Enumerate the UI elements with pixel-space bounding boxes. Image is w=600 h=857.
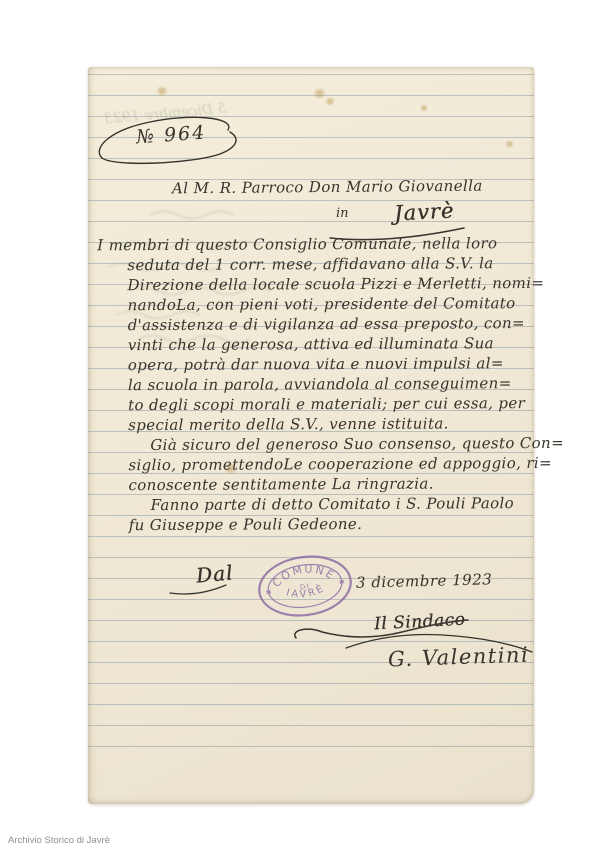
manuscript-line: special merito della S.V., venne istitui… <box>128 413 564 435</box>
age-spot <box>313 88 326 99</box>
manuscript-line: I membri di questo Consiglio Comunale, n… <box>127 233 563 255</box>
manuscript-line: conoscente sentitamente La ringrazia. <box>128 473 564 495</box>
age-spot <box>420 104 428 112</box>
manuscript-line: opera, potrà dar nuova vita e nuovi impu… <box>128 353 564 375</box>
manuscript-line: Già sicuro del generoso Suo consenso, qu… <box>128 433 564 455</box>
archive-watermark-label: Archivio Storico di Javrè <box>8 835 110 846</box>
manuscript-line: to degli scopi morali e materiali; per c… <box>128 393 564 415</box>
salutation-place: Javrè <box>393 198 454 225</box>
salutation-in: in <box>336 206 349 221</box>
manuscript-line: seduta del 1 corr. mese, affidavano alla… <box>127 253 563 275</box>
manuscript-line: nandoLa, con pieni voti, presidente del … <box>128 293 564 315</box>
signature-name: G. Valentini <box>388 643 530 672</box>
manuscript-line: fu Giuseppe e Pouli Gedeone. <box>129 513 565 535</box>
stamp-star-left-icon: ✱ <box>265 588 272 597</box>
age-spot <box>505 140 514 148</box>
comune-di-iavre-stamp: COMUNE DI IAVRÈ ✱ ✱ <box>252 547 358 624</box>
manuscript-line: d'assistenza e di vigilanza ad essa prep… <box>128 313 564 335</box>
dateline-from-word: Dal <box>195 560 234 587</box>
scanned-letter-scene: 5 Dicembre 1923 № 964 Al M. R. Parroco D… <box>0 0 600 857</box>
age-spot <box>325 97 335 106</box>
stamp-star-right-icon: ✱ <box>338 578 345 587</box>
manuscript-line: vinti che la generosa, attiva ed illumin… <box>128 333 564 355</box>
manuscript-line: Direzione della locale scuola Pizzi e Me… <box>127 273 563 295</box>
letter-body: I membri di questo Consiglio Comunale, n… <box>127 233 564 535</box>
manuscript-line: la scuola in parola, avviandola al conse… <box>128 373 564 395</box>
manuscript-line: Fanno parte di detto Comitato i S. Pouli… <box>129 493 565 515</box>
dateline-date: 3 dicembre 1923 <box>356 570 493 592</box>
manuscript-line: siglio, promettendoLe cooperazione ed ap… <box>128 453 564 475</box>
salutation-line: Al M. R. Parroco Don Mario Giovanella <box>172 177 483 198</box>
